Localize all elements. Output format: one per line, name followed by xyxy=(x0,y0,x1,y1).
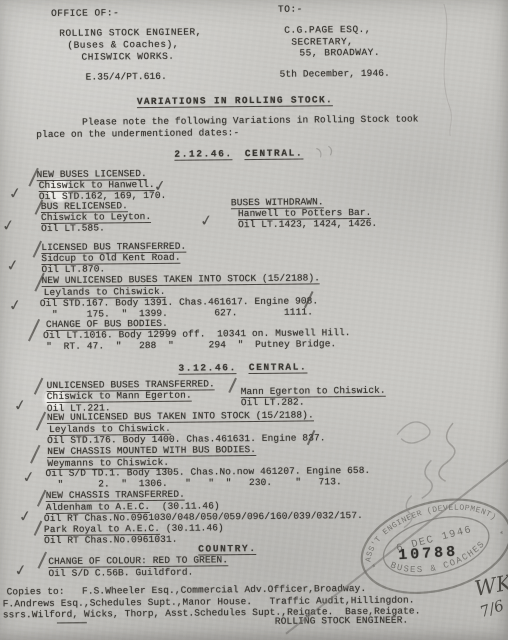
to-label: TO:- xyxy=(278,5,303,15)
heading-change-of-colour: CHANGE OF COLOUR: RED TO GREEN. xyxy=(48,555,228,568)
check-mark-annotation: ✓ xyxy=(199,215,213,227)
office-of-label: OFFICE OF:- xyxy=(51,8,119,19)
fleet-change-of-colour: Oil S/D C.56B. Guildford. xyxy=(48,568,193,579)
body-change-row-rt47: " RT. 47. " 288 " 294 " Putney Bridge. xyxy=(46,339,336,352)
section1-date: 2.12.46. xyxy=(174,148,233,161)
check-mark-annotation: ✓ xyxy=(13,399,27,411)
fleet-licensed-bus-transferred: Oil LT.870. xyxy=(41,264,105,275)
section1-heading: 2.12.46.CENTRAL. xyxy=(174,149,303,160)
reference-number: E.35/4/PT.616. xyxy=(86,72,167,83)
check-mark-annotation: ✓ xyxy=(8,187,22,199)
sender-line-2: (Buses & Coaches), xyxy=(67,40,179,51)
fleet-buses-withdrawn: Oil LT.1423, 1424, 1426. xyxy=(238,219,377,230)
stamp-star-left: * xyxy=(371,563,379,574)
stock-row-td2: " 2. " 1306. " " " 230. " 713. xyxy=(58,477,342,490)
tick-slash-annotation xyxy=(30,445,40,464)
handwritten-fraction: 7/6 xyxy=(479,600,505,617)
heading-new-unlicensed-buses: NEW UNLICENSED BUSES TAKEN INTO STOCK (1… xyxy=(42,273,321,287)
heading-new-unlicensed-bus: NEW UNLICENSED BUS TAKEN INTO STOCK (15/… xyxy=(47,410,314,424)
tick-slash-annotation xyxy=(34,378,43,395)
signature-rolling-stock-engineer: ROLLING STOCK ENGINEER. xyxy=(275,616,409,627)
tick-slash-annotation xyxy=(228,378,236,393)
sender-line-1: ROLLING STOCK ENGINEER, xyxy=(59,27,202,38)
sender-line-3: CHISWICK WORKS. xyxy=(81,52,174,63)
typed-text-layer: OFFICE OF:- TO:- ROLLING STOCK ENGINEER,… xyxy=(0,0,508,640)
check-mark-annotation: ✓ xyxy=(153,180,167,192)
tick-slash-annotation xyxy=(34,521,42,536)
document-title: VARIATIONS IN ROLLING STOCK. xyxy=(137,95,333,108)
stamp-number: 10788 xyxy=(398,547,459,561)
check-mark-annotation: ✓ xyxy=(1,219,15,231)
fleet-lt282: Oil LT.282. xyxy=(241,398,305,409)
fleet-bus-relicensed: Oil LT.585. xyxy=(41,223,105,234)
section2-heading: 3.12.46.CENTRAL. xyxy=(178,362,307,373)
recipient-line-2: SECRETARY, xyxy=(291,37,353,48)
fleet-rt-chassis-single: Oil RT Chas.No.0961031. xyxy=(44,535,178,546)
tick-slash-annotation xyxy=(36,412,46,431)
check-mark-annotation: ✓ xyxy=(8,299,22,311)
recipient-line-1: C.G.PAGE ESQ., xyxy=(284,25,371,36)
stamp-star-right: * xyxy=(498,530,506,541)
section2-date: 3.12.46. xyxy=(178,362,237,375)
route-chiswick-to-mann-egerton: Chiswick to Mann Egerton. xyxy=(47,391,192,403)
check-mark-annotation: ✓ xyxy=(18,510,32,522)
section2-area: CENTRAL. xyxy=(249,361,308,374)
tick-slash-annotation xyxy=(38,552,47,569)
recipient-line-3: 55, BROADWAY. xyxy=(299,48,380,59)
check-mark-annotation: ✓ xyxy=(14,564,28,576)
section1-area: CENTRAL. xyxy=(245,148,304,161)
intro-line-2: place on the undermentioned dates:- xyxy=(36,128,239,140)
letter-date: 5th December, 1946. xyxy=(280,69,390,80)
intro-line-1: Please note the following Variations in … xyxy=(82,114,419,127)
tick-slash-annotation xyxy=(28,319,40,341)
check-mark-annotation: ✓ xyxy=(6,259,20,271)
check-mark-annotation: ✓ xyxy=(22,471,36,483)
handwritten-initials: WK xyxy=(474,577,508,594)
scanned-document-page: OFFICE OF:- TO:- ROLLING STOCK ENGINEER,… xyxy=(0,0,508,640)
